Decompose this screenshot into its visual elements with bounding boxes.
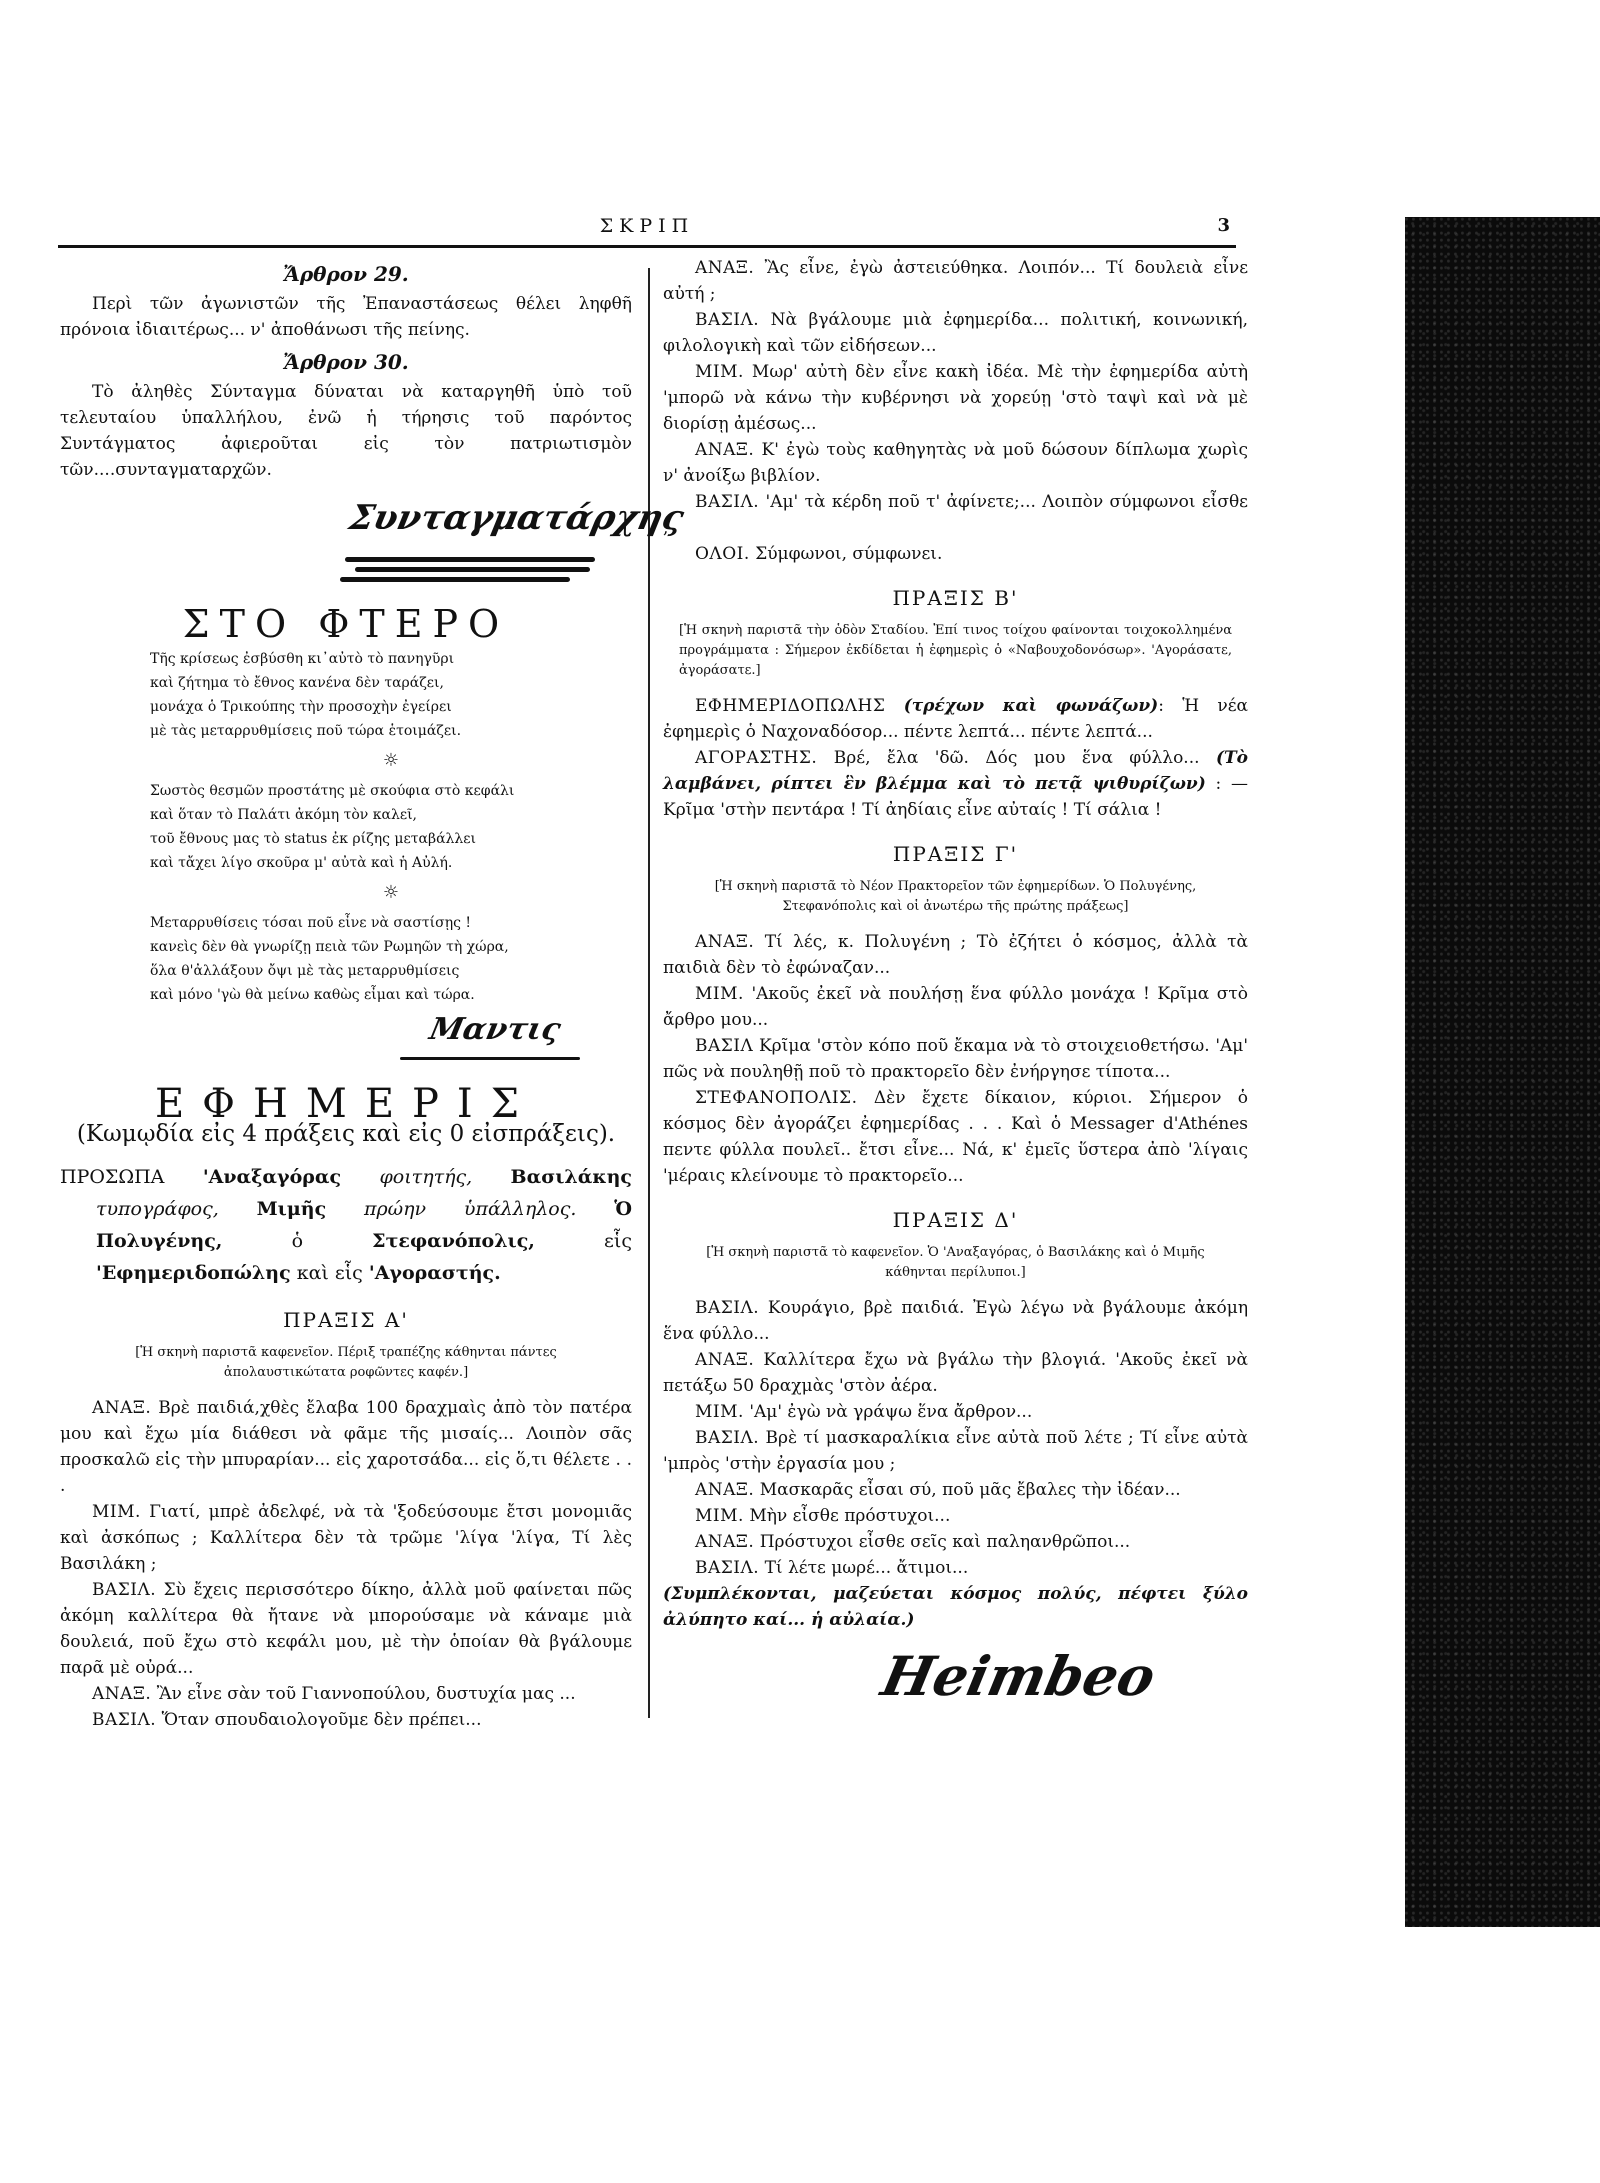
dialogue-line: ΟΛΟΙ. Σύμφωνοι, σύμφωνει. [663,541,1248,567]
speaker: ΒΑΣΙΛ [695,1036,753,1056]
act-heading: ΠΡΑΞΙΣ Δ' [663,1207,1248,1233]
dialogue-line: ΑΝΑΞ. Βρὲ παιδιά,χθὲς ἔλαβα 100 δραχμαὶς… [60,1395,632,1499]
dialogue-line: ΜΙΜ. Μὴν εἶσθε πρόστυχοι... [663,1503,1248,1529]
speaker: ΑΝΑΞ. [695,1480,754,1500]
poem-line: Τῆς κρίσεως ἐσβύσθη κι᾽αὐτὸ τὸ πανηγῦρι [150,647,632,671]
dialogue-line: ΜΙΜ. 'Ακοῦς ἐκεῖ νὰ πουλήσῃ ἕνα φύλλο μο… [663,981,1248,1033]
dialogue-text: Μὴν εἶσθε πρόστυχοι... [749,1506,950,1526]
stage-aside: (τρέχων καὶ φωνάζων) [904,696,1159,716]
act-heading: ΠΡΑΞΙΣ Γ' [663,841,1248,867]
signature-underline [340,577,570,582]
stage-direction: [Ἡ σκηνὴ παριστᾶ τὴν ὁδὸν Σταδίου. Ἐπί τ… [663,621,1248,681]
dialogue-text: Γιατί, μπρὲ ἀδελφέ, νὰ τὰ 'ξοδεύσουμε ἔτ… [60,1502,632,1574]
cast-role: εἷς [604,1230,632,1252]
page-number: 3 [1217,215,1230,236]
speaker: ΜΙΜ. [695,362,744,382]
signature: Ηeimbeo [880,1663,1157,1689]
poem-signature: Μαντις [427,1017,563,1043]
dialogue-text: Ὅταν σπουδαιολογοῦμε δὲν πρέπει... [162,1710,482,1730]
speaker: ΒΑΣΙΛ. [695,1558,759,1578]
dialogue-line: ΒΑΣΙΛ. Βρὲ τί μασκαραλίκια εἶνε αὐτὰ ποῦ… [663,1425,1248,1477]
dialogue-line: ΒΑΣΙΛ. Τί λέτε μωρέ... ἄτιμοι... [663,1555,1248,1581]
speaker: ΑΝΑΞ. [695,258,754,278]
dialogue-line: ΑΝΑΞ. Καλλίτερα ἔχω νὰ βγάλω τὴν βλογιά.… [663,1347,1248,1399]
speaker: ΜΙΜ. [92,1502,141,1522]
dialogue-line: ΑΝΑΞ. Ἂς εἶνε, ἐγὼ ἀστειεύθηκα. Λοιπόν..… [663,255,1248,307]
cast-role: πρώην ὑπάλληλος. [364,1198,576,1220]
play-subtitle: (Κωμῳδία εἰς 4 πράξεις καὶ εἰς 0 εἰσπράξ… [60,1121,632,1147]
article-heading: Ἄρθρον 29. [60,261,632,287]
cast-name: Μιμῆς [257,1198,327,1220]
dialogue-line: ΑΝΑΞ. Πρόστυχοι εἶσθε σεῖς καὶ παληανθρῶ… [663,1529,1248,1555]
speaker: ΑΝΑΞ. [695,440,754,460]
poem-line: Σωστὸς θεσμῶν προστάτης μὲ σκούφια στὸ κ… [150,779,632,803]
cast-role: τυπογράφος, [96,1198,219,1220]
article-text: Περὶ τῶν ἀγωνιστῶν τῆς Ἐπαναστάσεως θέλε… [60,291,632,343]
dialogue-line: ΑΝΑΞ. Τί λές, κ. Πολυγένη ; Τὸ ἐζήτει ὁ … [663,929,1248,981]
dialogue-line: ΑΝΑΞ. Κ' ἐγὼ τοὺς καθηγητὰς νὰ μοῦ δώσου… [663,437,1248,489]
speaker: ΒΑΣΙΛ. [92,1580,156,1600]
dialogue-line: ΒΑΣΙΛ. Σὺ ἔχεις περισσότερο δίκηο, ἀλλὰ … [60,1577,632,1681]
stanza-separator-icon: ☼ [150,881,632,905]
cast-name: 'Εφημεριδοπώλης [96,1262,291,1284]
cast-role: καὶ εἷς [297,1262,363,1284]
speaker: ΜΙΜ. [695,1402,744,1422]
cast-role: ὁ [292,1230,303,1252]
speaker: ΟΛΟΙ. [695,544,750,564]
stage-direction: [Ἡ σκηνὴ παριστᾶ τὸ καφενεῖον. Ὁ 'Αναξαγ… [663,1243,1248,1283]
dialogue-line: ΒΑΣΙΛ. Νὰ βγάλουμε μιὰ ἐφημερίδα... πολι… [663,307,1248,359]
right-signature-block: Ηeimbeo [663,1633,1248,1743]
poem-line: μονάχα ὁ Τρικούπης τὴν προσοχὴν ἐγείρει [150,695,632,719]
poem-line: μὲ τὰς μεταρρυθμίσεις ποῦ τώρα ἑτοιμάζει… [150,719,632,743]
dialogue-text: Μασκαρᾶς εἶσαι σύ, ποῦ μᾶς ἔβαλες τὴν ἰδ… [760,1480,1181,1500]
dialogue-line: ΒΑΣΙΛ. 'Αμ' τὰ κέρδη ποῦ τ' ἀφίνετε;... … [663,489,1248,541]
dialogue-line: ΜΙΜ. Γιατί, μπρὲ ἀδελφέ, νὰ τὰ 'ξοδεύσου… [60,1499,632,1577]
speaker: ΑΝΑΞ. [695,1532,754,1552]
signature: Συνταγματάρχης [347,505,686,531]
dialogue-line: ΑΓΟΡΑΣΤΗΣ. Βρέ, ἔλα 'δῶ. Δός μου ἕνα φύλ… [663,745,1248,823]
header-rule [58,245,1236,248]
stage-direction: [Ἡ σκηνὴ παριστᾶ τὸ Νέον Πρακτορεῖον τῶν… [663,877,1248,917]
dialogue-line: ΒΑΣΙΛ. Ὅταν σπουδαιολογοῦμε δὲν πρέπει..… [60,1707,632,1733]
article-text: Τὸ ἀληθὲς Σύνταγμα δύναται νὰ καταργηθῆ … [60,379,632,483]
dialogue-text: Πρόστυχοι εἶσθε σεῖς καὶ παληανθρῶποι... [760,1532,1131,1552]
column-divider [648,268,650,1718]
speaker: ΜΙΜ. [695,1506,744,1526]
stage-direction: [Ἡ σκηνὴ παριστᾶ καφενεῖον. Πέριξ τραπέζ… [60,1343,632,1383]
poem-signature-block: Μαντις [60,1007,632,1087]
speaker: ΣΤΕΦΑΝΟΠΟΛΙΣ. [695,1088,857,1108]
signature-underline [355,567,590,572]
cast-name: 'Αναξαγόρας [203,1166,341,1188]
speaker: ΒΑΣΙΛ. [695,492,759,512]
dialogue-line: ΣΤΕΦΑΝΟΠΟΛΙΣ. Δὲν ἔχετε δίκαιον, κύριοι.… [663,1085,1248,1189]
dialogue-line: ΑΝΑΞ. Ἂν εἶνε σὰν τοῦ Γιαννοπούλου, δυστ… [60,1681,632,1707]
speaker: ΑΝΑΞ. [92,1398,151,1418]
speaker: ΑΝΑΞ. [695,932,754,952]
cast-list: ΠΡΟΣΩΠΑ 'Αναξαγόρας φοιτητής, Βασιλάκης … [60,1161,632,1289]
masthead: ΣΚΡΙΠ [58,215,1236,237]
stanza-separator-icon: ☼ [150,749,632,773]
poem-line: καὶ μόνο 'γὼ θὰ μείνω καθὼς εἶμαι καὶ τώ… [150,983,632,1007]
speaker: ΒΑΣΙΛ. [695,310,759,330]
left-column: Ἄρθρον 29. Περὶ τῶν ἀγωνιστῶν τῆς Ἐπανασ… [60,255,632,1733]
signature-underline [345,557,595,562]
poem: Τῆς κρίσεως ἐσβύσθη κι᾽αὐτὸ τὸ πανηγῦρι … [60,647,632,1007]
dialogue-line: ΜΙΜ. Μωρ' αὐτὴ δὲν εἶνε κακὴ ἰδέα. Μὲ τὴ… [663,359,1248,437]
dialogue-line: ΒΑΣΙΛ Κρῖμα 'στὸν κόπο ποῦ ἔκαμα νὰ τὸ σ… [663,1033,1248,1085]
poem-line: Μεταρρυθίσεις τόσαι ποῦ εἶνε νὰ σαστίσῃς… [150,911,632,935]
cast-role: φοιτητής, [379,1166,472,1188]
dialogue-text: Βρέ, ἔλα 'δῶ. Δός μου ἕνα φύλλο... [834,748,1200,768]
dialogue-line: ΑΝΑΞ. Μασκαρᾶς εἶσαι σύ, ποῦ μᾶς ἔβαλες … [663,1477,1248,1503]
scan-edge-band [1405,217,1600,1927]
dialogue-text: 'Αμ' ἐγὼ νὰ γράψω ἕνα ἄρθρον... [749,1402,1032,1422]
cast-name: Βασιλάκης [511,1166,632,1188]
closing-stage-direction: (Συμπλέκονται, μαζεύεται κόσμος πολύς, π… [663,1581,1248,1633]
speaker: ΒΑΣΙΛ. [695,1298,759,1318]
cast-name: 'Αγοραστής. [369,1262,501,1284]
poem-line: καὶ ὅταν τὸ Παλάτι ἀκόμη τὸν καλεῖ, [150,803,632,827]
dialogue-text: Σύμφωνοι, σύμφωνει. [755,544,942,564]
right-column: ΑΝΑΞ. Ἂς εἶνε, ἐγὼ ἀστειεύθηκα. Λοιπόν..… [663,255,1248,1743]
speaker: ΑΓΟΡΑΣΤΗΣ. [695,748,817,768]
speaker: ΑΝΑΞ. [695,1350,754,1370]
speaker: ΒΑΣΙΛ. [695,1428,759,1448]
poem-line: ὅλα θ'ἀλλάξουν ὄψι μὲ τὰς μεταρρυθμίσεις [150,959,632,983]
poem-line: καὶ τἄχει λίγο σκοῦρα μ' αὐτὰ καὶ ἡ Αὐλή… [150,851,632,875]
act-heading: ΠΡΑΞΙΣ Β' [663,585,1248,611]
poem-line: κανεὶς δὲν θὰ γνωρίζῃ πειὰ τῶν Ρωμηῶν τὴ… [150,935,632,959]
dialogue-line: ΒΑΣΙΛ. Κουράγιο, βρὲ παιδιά. Ἐγὼ λέγω νὰ… [663,1295,1248,1347]
page-header: ΣΚΡΙΠ 3 [58,215,1236,245]
cast-name: Στεφανόπολις, [372,1230,535,1252]
signature-underline [400,1057,580,1060]
speaker: ΒΑΣΙΛ. [92,1710,156,1730]
play-title: ΕΦΗΜΕΡΙΣ [60,1091,632,1117]
cast-label: ΠΡΟΣΩΠΑ [60,1166,164,1188]
dialogue-text: Μωρ' αὐτὴ δὲν εἶνε κακὴ ἰδέα. Μὲ τὴν ἐφη… [663,362,1248,434]
dialogue-line: ΕΦΗΜΕΡΙΔΟΠΩΛΗΣ (τρέχων καὶ φωνάζων): Ἡ ν… [663,693,1248,745]
signature-block: Συνταγματάρχης [60,483,632,603]
speaker: ΑΝΑΞ. [92,1684,151,1704]
poem-line: τοῦ ἔθνους μας τὸ status ἐκ ρίζης μεταβά… [150,827,632,851]
dialogue-line: ΜΙΜ. 'Αμ' ἐγὼ νὰ γράψω ἕνα ἄρθρον... [663,1399,1248,1425]
dialogue-text: Τί λέτε μωρέ... ἄτιμοι... [765,1558,969,1578]
dialogue-text: Ἂν εἶνε σὰν τοῦ Γιαννοπούλου, δυστυχία μ… [157,1684,576,1704]
speaker: ΕΦΗΜΕΡΙΔΟΠΩΛΗΣ [695,696,885,716]
article-heading: Ἄρθρον 30. [60,349,632,375]
act-heading: ΠΡΑΞΙΣ Α' [60,1307,632,1333]
poem-line: καὶ ζήτημα τὸ ἔθνος κανένα δὲν ταράζει, [150,671,632,695]
poem-title: ΣΤΟ ΦΤΕΡΟ [60,611,632,637]
speaker: ΜΙΜ. [695,984,744,1004]
dialogue-text: 'Ακοῦς ἐκεῖ νὰ πουλήσῃ ἕνα φύλλο μονάχα … [663,984,1248,1030]
